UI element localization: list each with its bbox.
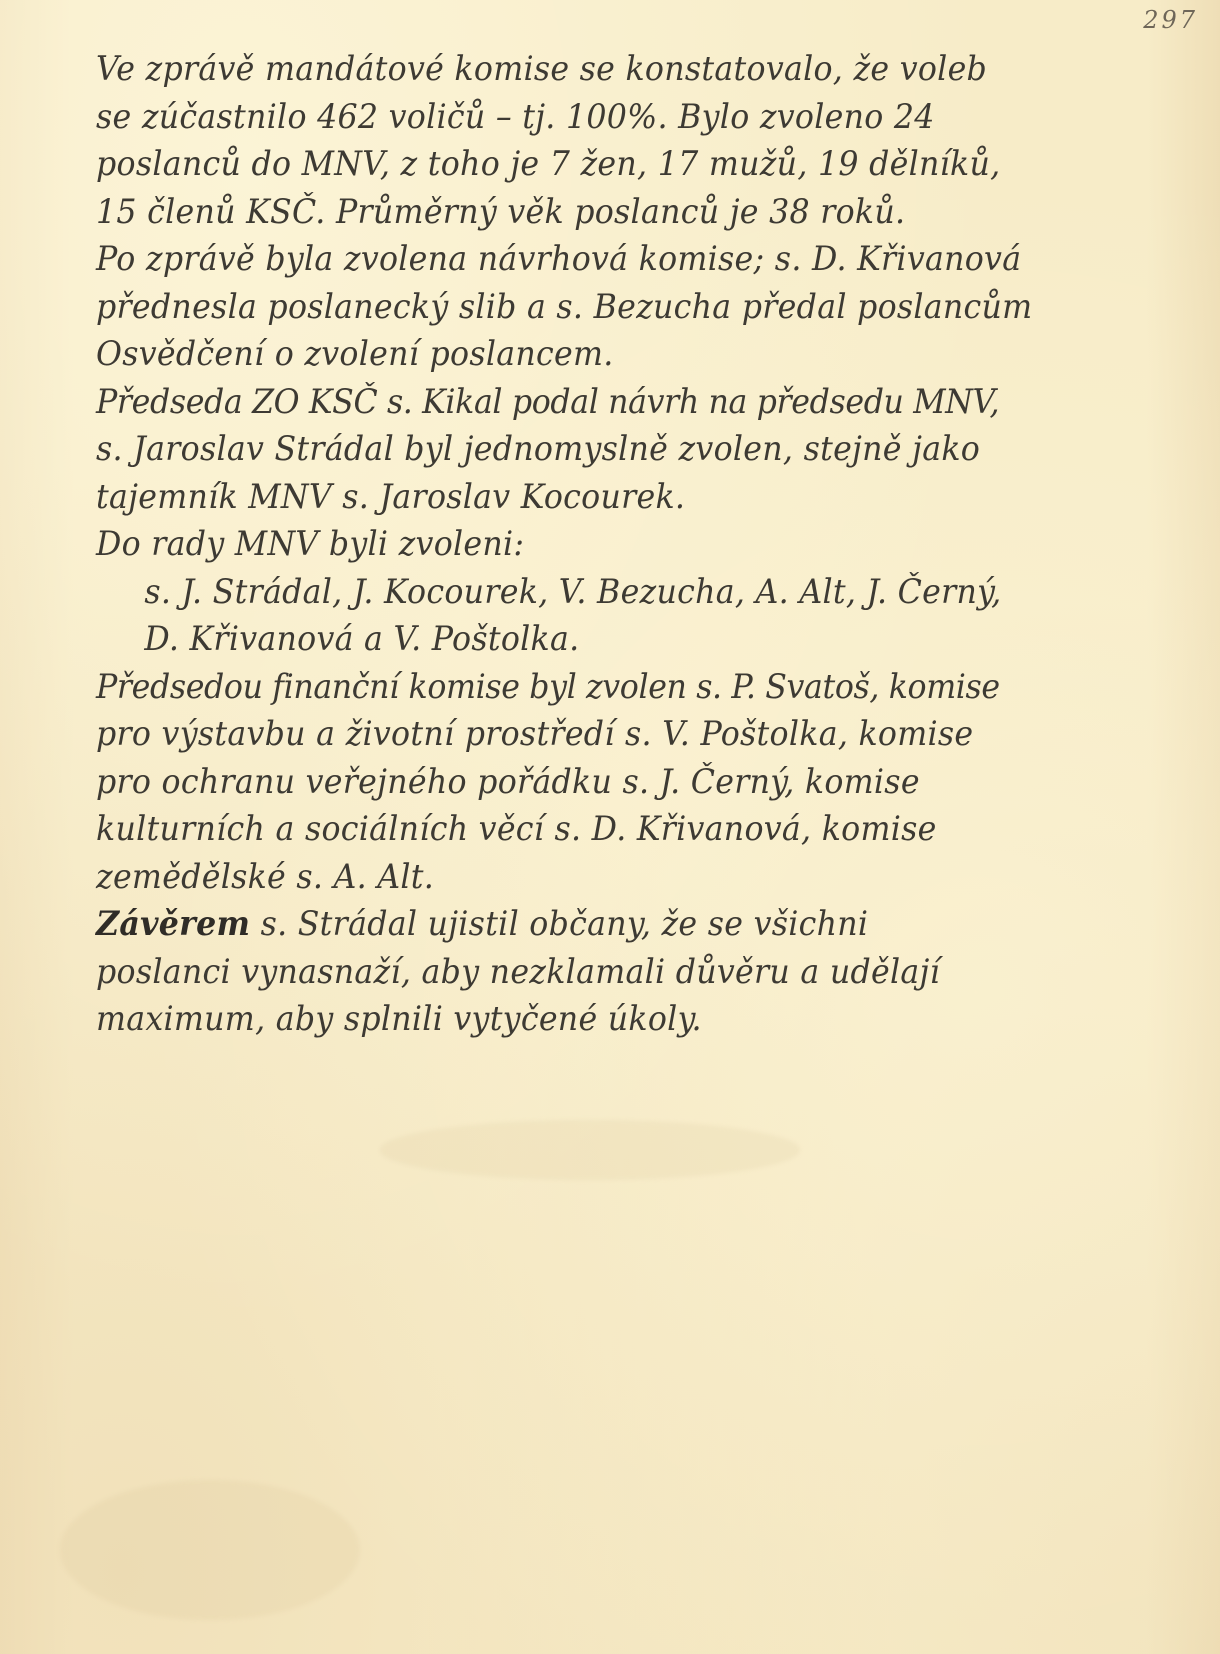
conclusion-text: s. Strádal ujistil občany, že se všichni <box>250 904 868 944</box>
text-line: Po zprávě byla zvolena návrhová komise; … <box>96 236 1128 284</box>
paper-stain <box>60 1480 360 1620</box>
text-line: s. Jaroslav Strádal byl jednomyslně zvol… <box>96 426 1128 474</box>
text-line: zemědělské s. A. Alt. <box>96 854 1128 902</box>
page-number: 297 <box>1143 6 1198 34</box>
text-line: poslanců do MNV, z toho je 7 žen, 17 muž… <box>96 141 1128 189</box>
text-line: se zúčastnilo 462 voličů – tj. 100%. Byl… <box>96 94 1128 142</box>
text-line: 15 členů KSČ. Průměrný věk poslanců je 3… <box>96 189 1128 237</box>
text-line: Do rady MNV byli zvoleni: <box>96 521 1128 569</box>
conclusion-heading: Závěrem <box>96 904 250 944</box>
text-line: pro ochranu veřejného pořádku s. J. Čern… <box>96 759 1128 807</box>
text-line: poslanci vynasnaží, aby nezklamali důvěr… <box>96 949 1128 997</box>
text-line: Ve zprávě mandátové komise se konstatova… <box>96 46 1128 94</box>
text-line: pro výstavbu a životní prostředí s. V. P… <box>96 711 1128 759</box>
text-line: kulturních a sociálních věcí s. D. Křiva… <box>96 806 1128 854</box>
handwritten-text-block: Ve zprávě mandátové komise se konstatova… <box>96 46 1206 1044</box>
text-line: přednesla poslanecký slib a s. Bezucha p… <box>96 284 1128 332</box>
text-line: Předsedou finanční komise byl zvolen s. … <box>96 664 1128 712</box>
text-line: tajemník MNV s. Jaroslav Kocourek. <box>96 474 1128 522</box>
text-line: Předseda ZO KSČ s. Kikal podal návrh na … <box>96 379 1128 427</box>
council-members-line: s. J. Strádal, J. Kocourek, V. Bezucha, … <box>96 569 1128 617</box>
text-line: maximum, aby splnili vytyčené úkoly. <box>96 996 1128 1044</box>
paper-stain <box>380 1120 800 1180</box>
conclusion-line: Závěrem s. Strádal ujistil občany, že se… <box>96 901 1128 949</box>
handwritten-document-page: 297 Ve zprávě mandátové komise se konsta… <box>0 0 1220 1654</box>
text-line: Osvědčení o zvolení poslancem. <box>96 331 1128 379</box>
council-members-line: D. Křivanová a V. Poštolka. <box>96 616 1128 664</box>
